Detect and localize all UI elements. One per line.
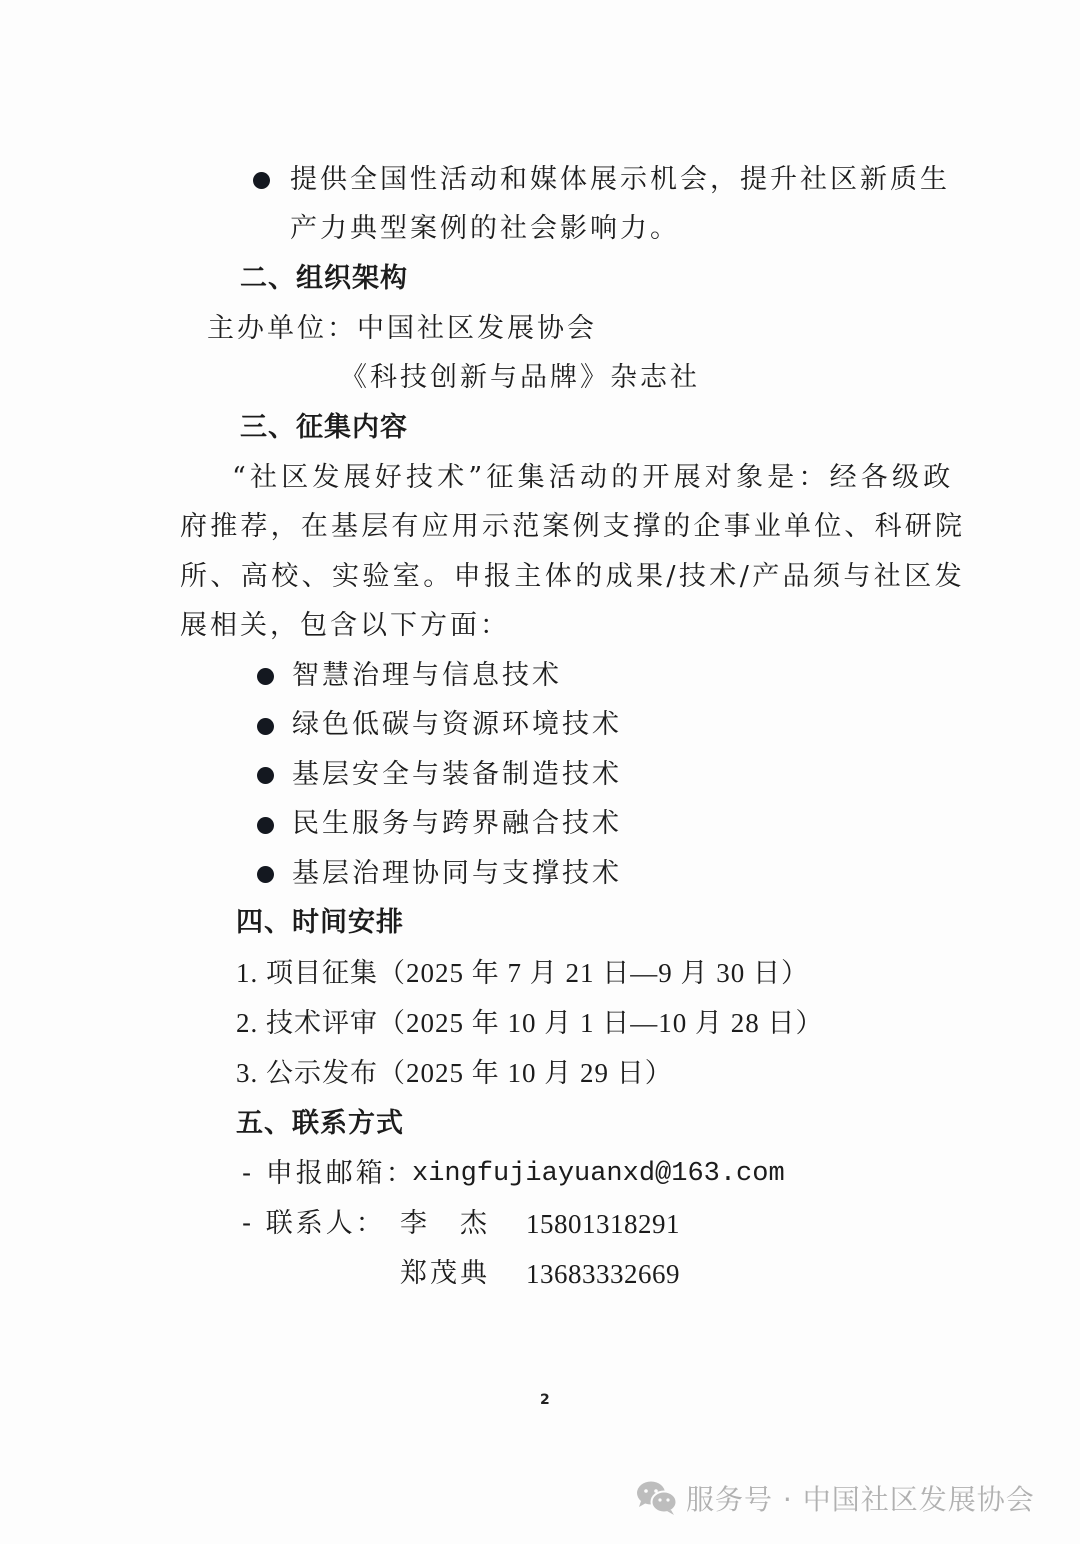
page-number: 2	[540, 1392, 550, 1408]
contact-phone[interactable]: 15801318291	[526, 1207, 680, 1241]
contact-name: 郑茂典	[400, 1257, 490, 1291]
bullet-icon	[257, 817, 274, 834]
section-heading-content: 三、征集内容	[240, 411, 408, 445]
email-link[interactable]: xingfujiayuanxd@163.com	[412, 1157, 785, 1191]
schedule-item: 3. 公示发布（2025 年 10 月 29 日）	[236, 1056, 673, 1090]
contact-name: 李 杰	[400, 1207, 490, 1241]
intro-bullet-line-2: 产力典型案例的社会影响力。	[290, 212, 680, 246]
section-heading-schedule: 四、时间安排	[236, 906, 404, 940]
content-list-item: 基层安全与装备制造技术	[292, 758, 622, 792]
bullet-icon	[257, 866, 274, 883]
bullet-icon	[257, 668, 274, 685]
section-heading-organization: 二、组织架构	[240, 262, 408, 296]
intro-bullet-line-1: 提供全国性活动和媒体展示机会，提升社区新质生	[290, 163, 950, 197]
email-label: - 申报邮箱：	[242, 1157, 416, 1191]
content-paragraph-line: 府推荐，在基层有应用示范案例支撑的企事业单位、科研院	[180, 510, 965, 544]
content-list-item: 绿色低碳与资源环境技术	[292, 708, 622, 742]
content-list-item: 基层治理协同与支撑技术	[292, 857, 622, 891]
contact-label: - 联系人：	[242, 1207, 386, 1241]
contact-phone[interactable]: 13683332669	[526, 1257, 680, 1291]
document-page: 提供全国性活动和媒体展示机会，提升社区新质生 产力典型案例的社会影响力。 二、组…	[0, 0, 1080, 1544]
content-list-item: 民生服务与跨界融合技术	[292, 807, 622, 841]
host-unit-line: 主办单位：中国社区发展协会	[207, 312, 597, 346]
wechat-icon	[636, 1480, 678, 1516]
content-list-item: 智慧治理与信息技术	[292, 659, 562, 693]
content-paragraph-line: 所、高校、实验室。申报主体的成果/技术/产品须与社区发	[180, 560, 965, 594]
schedule-item: 1. 项目征集（2025 年 7 月 21 日—9 月 30 日）	[236, 956, 809, 990]
content-paragraph-line: “社区发展好技术”征集活动的开展对象是：经各级政	[232, 461, 954, 495]
bullet-icon	[253, 172, 270, 189]
section-heading-contact: 五、联系方式	[236, 1107, 404, 1141]
bullet-icon	[257, 767, 274, 784]
bullet-icon	[257, 718, 274, 735]
host-unit-second: 《科技创新与品牌》杂志社	[340, 361, 700, 395]
schedule-item: 2. 技术评审（2025 年 10 月 1 日—10 月 28 日）	[236, 1006, 824, 1040]
account-watermark: 服务号 · 中国社区发展协会	[636, 1478, 1035, 1518]
watermark-text: 服务号 · 中国社区发展协会	[686, 1478, 1035, 1518]
content-paragraph-line: 展相关，包含以下方面：	[180, 609, 510, 643]
